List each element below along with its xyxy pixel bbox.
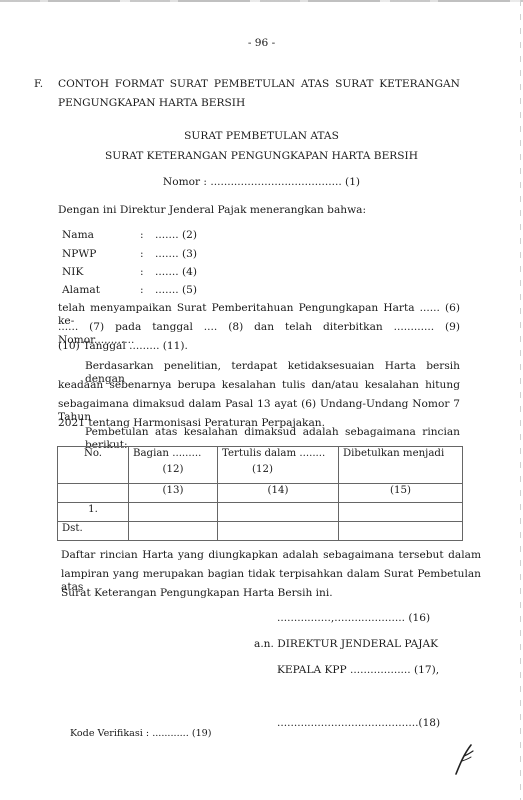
closing-line: Surat Keterangan Pengungkapan Harta Bers… [61, 587, 463, 600]
table-cell: (13) [129, 484, 218, 503]
header-text: Tertulis dalam ........ [222, 448, 334, 459]
field-colon: : [140, 266, 144, 278]
header-code: (12) [133, 464, 213, 475]
header-code: (12) [222, 464, 334, 475]
letter-number: Nomor : ................................… [0, 176, 523, 189]
table-cell: Dst. [58, 522, 129, 541]
table-cell: (14) [218, 484, 339, 503]
document-page: - 96 - F. CONTOHFORMATSURATPEMBETULANATA… [0, 0, 523, 800]
table-cell [129, 503, 218, 522]
letter-title-line1: SURAT PEMBETULAN ATAS [0, 130, 523, 143]
field-value: ....... (3) [155, 248, 197, 260]
table-cell [339, 503, 463, 522]
field-colon: : [140, 284, 144, 296]
signer-on-behalf: a.n. DIREKTUR JENDERAL PAJAK [254, 638, 438, 650]
table-cell: (15) [339, 484, 463, 503]
closing-line: Daftar rincian Harta yang diungkapkan ad… [61, 549, 481, 562]
field-value: ....... (5) [155, 284, 197, 296]
table-row: Dst. [58, 522, 463, 541]
heading-word: ATAS [301, 78, 329, 91]
heading-word: SURAT [170, 78, 208, 91]
table-cell [58, 484, 129, 503]
header-text: No. [62, 448, 124, 459]
section-heading-line2: PENGUNGKAPAN HARTA BERSIH [58, 97, 245, 110]
finding-line: keadaan sebenarnya berupa kesalahan tuli… [58, 379, 460, 392]
header-text: Dibetulkan menjadi [343, 448, 458, 459]
place-date: ................,..................... (… [277, 612, 430, 624]
header-tertulis: Tertulis dalam ........ (12) [218, 447, 339, 484]
table-cell [218, 522, 339, 541]
page-number: - 96 - [0, 37, 523, 50]
field-label: Alamat [62, 284, 100, 296]
header-bagian: Bagian ......... (12) [129, 447, 218, 484]
correction-table: No. Bagian ......... (12) Tertulis dalam… [57, 446, 463, 541]
field-label: NIK [62, 266, 83, 278]
heading-word: KETERANGAN [379, 78, 460, 91]
header-text: Bagian ......... [133, 448, 213, 459]
field-colon: : [140, 229, 144, 241]
heading-word: FORMAT [115, 78, 164, 91]
heading-word: SURAT [335, 78, 373, 91]
letter-title-line2: SURAT KETERANGAN PENGUNGKAPAN HARTA BERS… [0, 150, 523, 163]
signer-name: ........................................… [277, 717, 440, 729]
field-value: ....... (2) [155, 229, 197, 241]
heading-word: PEMBETULAN [214, 78, 295, 91]
section-letter: F. [34, 78, 43, 91]
table-cell [129, 522, 218, 541]
table-row: 1. [58, 503, 463, 522]
scan-top-edge [0, 0, 523, 2]
table-cell: 1. [58, 503, 129, 522]
table-code-row: (13) (14) (15) [58, 484, 463, 503]
header-no: No. [58, 447, 129, 484]
paraf-initial-icon [452, 742, 476, 776]
intro-text: Dengan ini Direktur Jenderal Pajak mener… [58, 204, 366, 217]
signer-office: KEPALA KPP .................. (17), [277, 664, 439, 676]
field-value: ....... (4) [155, 266, 197, 278]
field-colon: : [140, 248, 144, 260]
statement-line: (10) Tanggal ......... (11). [58, 340, 460, 353]
table-header-row: No. Bagian ......... (12) Tertulis dalam… [58, 447, 463, 484]
scan-right-edge [520, 0, 521, 800]
header-dibetulkan: Dibetulkan menjadi [339, 447, 463, 484]
field-label: NPWP [62, 248, 96, 260]
table-cell [339, 522, 463, 541]
table-cell [218, 503, 339, 522]
heading-word: CONTOH [58, 78, 109, 91]
verification-code: Kode Verifikasi : ............ (19) [70, 728, 212, 739]
field-label: Nama [62, 229, 94, 241]
section-heading-line1: CONTOHFORMATSURATPEMBETULANATASSURATKETE… [58, 78, 460, 91]
